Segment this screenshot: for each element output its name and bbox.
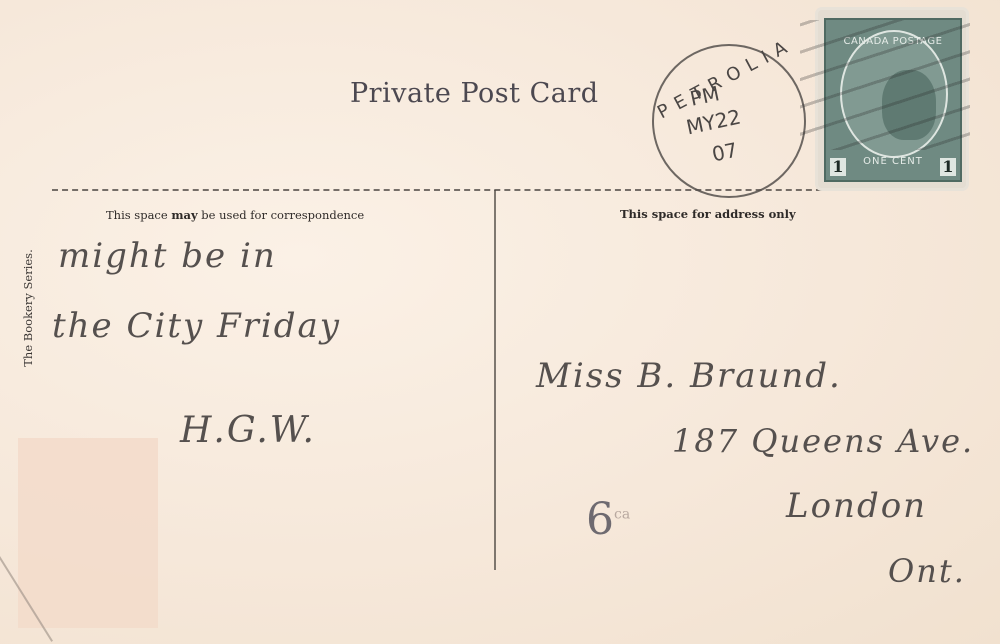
stamp-value-left: 1 (830, 158, 846, 176)
address-city: London (786, 486, 927, 526)
series-imprint: The Bookery Series. (21, 249, 35, 366)
pencil-note-sup: ca (614, 506, 630, 522)
correspondence-label: This space may be used for correspondenc… (106, 208, 364, 222)
card-title: Private Post Card (350, 78, 599, 109)
label-text: This space (106, 208, 171, 222)
label-bold-text: may (171, 208, 197, 222)
pencil-note-number: 6 (586, 494, 614, 545)
message-line-2: the City Friday (52, 306, 341, 346)
stamp-value-right: 1 (940, 158, 956, 176)
address-label: This space for address only (620, 207, 796, 221)
signature: H.G.W. (180, 410, 316, 451)
postcard-back: Private Post Card The Bookery Series. Th… (0, 0, 1000, 644)
address-province: Ont. (888, 552, 966, 590)
label-text: be used for correspondence (198, 208, 365, 222)
address-street: 187 Queens Ave. (672, 422, 974, 460)
paper-stain (18, 438, 158, 628)
address-recipient: Miss B. Braund. (536, 356, 842, 396)
message-line-1: might be in (58, 236, 277, 276)
cancellation-bars (800, 20, 970, 150)
divider-vertical (494, 190, 496, 570)
pencil-note: 6ca (586, 494, 630, 545)
